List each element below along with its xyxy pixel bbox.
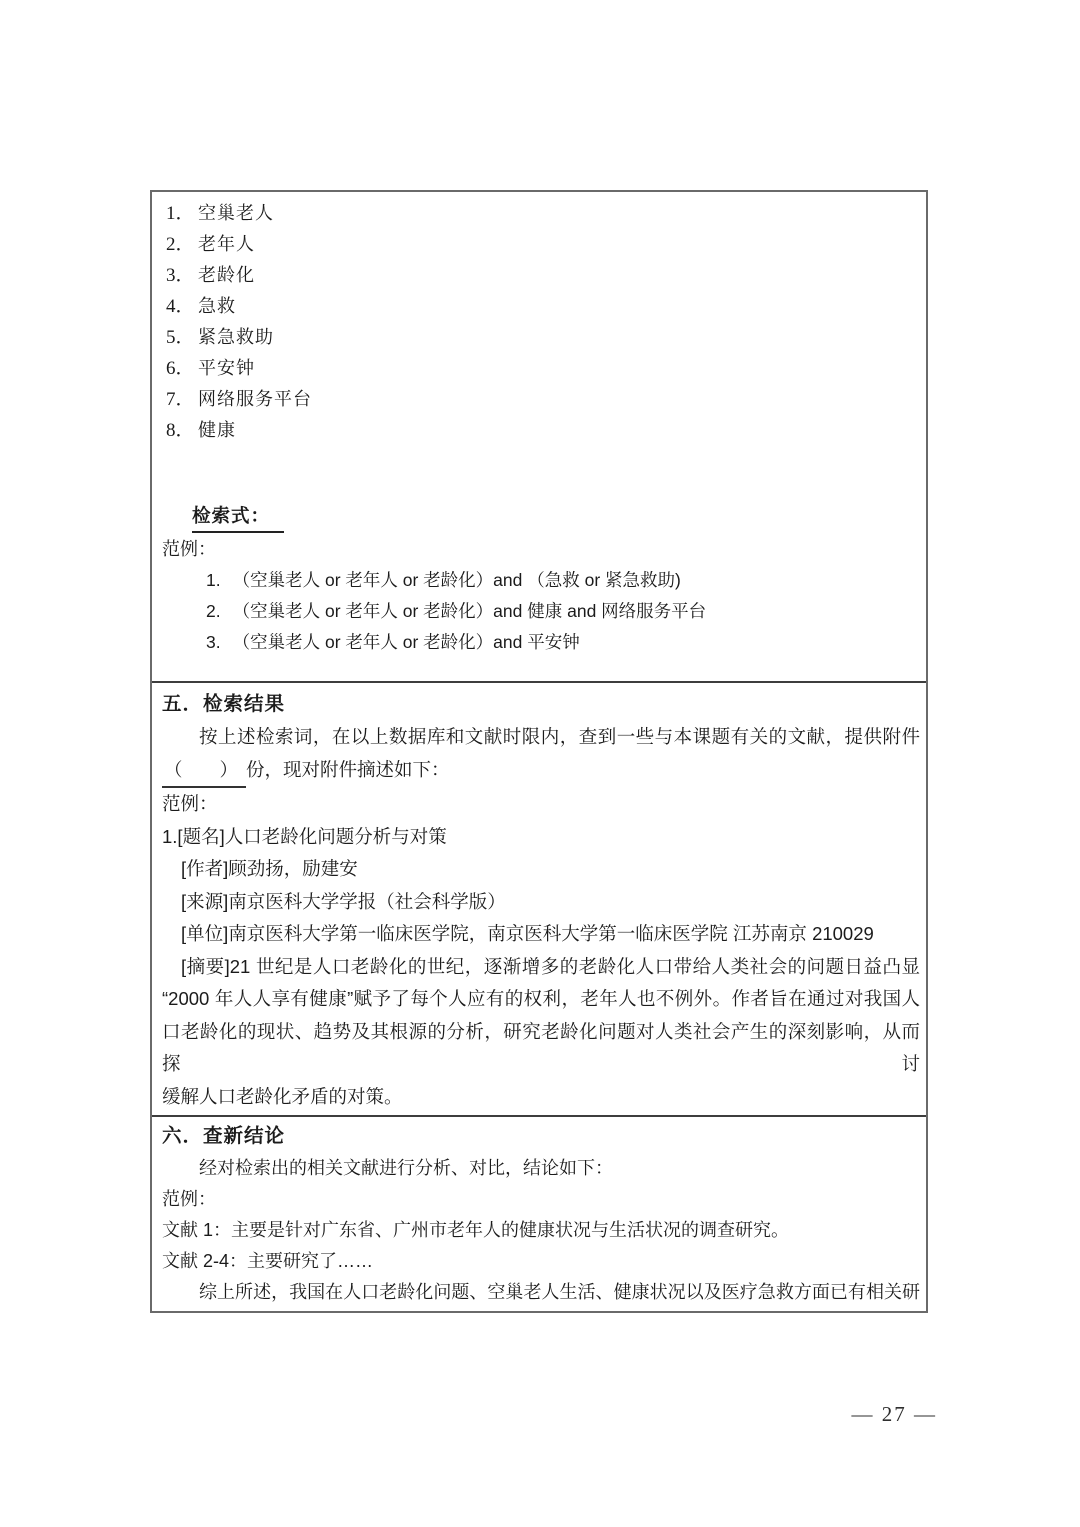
conclusion-section: 六．查新结论 经对检索出的相关文献进行分析、对比，结论如下： 范例： 文献 1：… [152, 1115, 926, 1311]
record-abstract-line2: “2000 年人人享有健康”赋予了每个人应有的权利，老年人也不例外。作者旨在通过… [162, 983, 920, 1016]
record-affiliation: [单位]南京医科大学第一临床医学院，南京医科大学第一临床医学院 江苏南京 210… [162, 918, 920, 951]
conclusion-summary: 综上所述，我国在人口老龄化问题、空巢老人生活、健康状况以及医疗急救方面已有相关研 [162, 1277, 920, 1308]
expression-text: （空巢老人 or 老年人 or 老龄化）and （急救 or 紧急救助) [233, 570, 681, 590]
keyword-item: 3．老龄化 [162, 260, 920, 291]
keyword-item: 4．急救 [162, 291, 920, 322]
record-abstract-line1: [摘要]21 世纪是人口老龄化的世纪，逐渐增多的老龄化人口带给人类社会的问题日益… [162, 951, 920, 984]
keyword-label: 紧急救助 [198, 327, 274, 347]
search-expression-item: 1.（空巢老人 or 老年人 or 老龄化）and （急救 or 紧急救助) [162, 565, 920, 596]
keyword-number: 1． [166, 198, 198, 229]
keyword-item: 7．网络服务平台 [162, 384, 920, 415]
example-label: 范例： [162, 1184, 920, 1215]
example-label: 范例： [162, 533, 920, 565]
expression-number: 3. [206, 632, 221, 652]
keyword-label: 空巢老人 [198, 203, 274, 223]
keyword-number: 3． [166, 260, 198, 291]
scanned-document-page: 1．空巢老人 2．老年人 3．老龄化 4．急救 5．紧急救助 6．平安钟 [0, 0, 1080, 1527]
keyword-number: 8． [166, 415, 198, 446]
report-form-table: 1．空巢老人 2．老年人 3．老龄化 4．急救 5．紧急救助 6．平安钟 [150, 190, 928, 1313]
attachment-count-blank: （ ） [162, 754, 246, 789]
section-title-conclusion: 六．查新结论 [162, 1119, 920, 1153]
section-title-search-results: 五．检索结果 [162, 687, 920, 721]
keyword-label: 网络服务平台 [198, 389, 312, 409]
keyword-label: 急救 [198, 296, 236, 316]
keyword-number: 2． [166, 229, 198, 260]
results-intro-line2: （ ）份，现对附件摘述如下： [162, 754, 920, 789]
search-expression-heading: 检索式： [192, 500, 284, 533]
keyword-label: 老龄化 [198, 265, 255, 285]
expression-text: （空巢老人 or 老年人 or 老龄化）and 平安钟 [233, 632, 580, 652]
keyword-list: 1．空巢老人 2．老年人 3．老龄化 4．急救 5．紧急救助 6．平安钟 [162, 198, 920, 446]
keywords-and-expressions-section: 1．空巢老人 2．老年人 3．老龄化 4．急救 5．紧急救助 6．平安钟 [152, 192, 926, 681]
keyword-number: 6． [166, 353, 198, 384]
keyword-item: 6．平安钟 [162, 353, 920, 384]
record-source: [来源]南京医科大学学报（社会科学版） [162, 886, 920, 919]
keyword-item: 2．老年人 [162, 229, 920, 260]
expression-number: 1. [206, 570, 221, 590]
search-expression-block: 检索式： [162, 500, 920, 533]
keyword-item: 1．空巢老人 [162, 198, 920, 229]
expression-text: （空巢老人 or 老年人 or 老龄化）and 健康 and 网络服务平台 [233, 601, 707, 621]
conclusion-doc2-4: 文献 2-4：主要研究了…… [162, 1246, 920, 1277]
conclusion-intro: 经对检索出的相关文献进行分析、对比，结论如下： [162, 1153, 920, 1184]
example-label: 范例： [162, 788, 920, 821]
results-intro-line2-text: 份，现对附件摘述如下： [246, 759, 450, 780]
keyword-label: 健康 [198, 420, 236, 440]
record-title: 1.[题名]人口老龄化问题分析与对策 [162, 821, 920, 854]
search-expression-item: 3.（空巢老人 or 老年人 or 老龄化）and 平安钟 [162, 627, 920, 658]
record-abstract-line4: 缓解人口老龄化矛盾的对策。 [162, 1081, 920, 1114]
record-abstract-line3: 口老龄化的现状、趋势及其根源的分析，研究老龄化问题对人类社会产生的深刻影响，从而… [162, 1016, 920, 1081]
search-expression-item: 2.（空巢老人 or 老年人 or 老龄化）and 健康 and 网络服务平台 [162, 596, 920, 627]
conclusion-doc1: 文献 1：主要是针对广东省、广州市老年人的健康状况与生活状况的调查研究。 [162, 1215, 920, 1246]
keyword-number: 7． [166, 384, 198, 415]
results-intro-line1: 按上述检索词，在以上数据库和文献时限内，查到一些与本课题有关的文献，提供附件 [162, 721, 920, 754]
search-results-section: 五．检索结果 按上述检索词，在以上数据库和文献时限内，查到一些与本课题有关的文献… [152, 681, 926, 1115]
page-number: — 27 — [852, 1402, 938, 1427]
keyword-label: 平安钟 [198, 358, 255, 378]
keyword-number: 4． [166, 291, 198, 322]
expression-number: 2. [206, 601, 221, 621]
keyword-item: 8．健康 [162, 415, 920, 446]
keyword-label: 老年人 [198, 234, 255, 254]
record-authors: [作者]顾劲扬，励建安 [162, 853, 920, 886]
keyword-number: 5． [166, 322, 198, 353]
keyword-item: 5．紧急救助 [162, 322, 920, 353]
